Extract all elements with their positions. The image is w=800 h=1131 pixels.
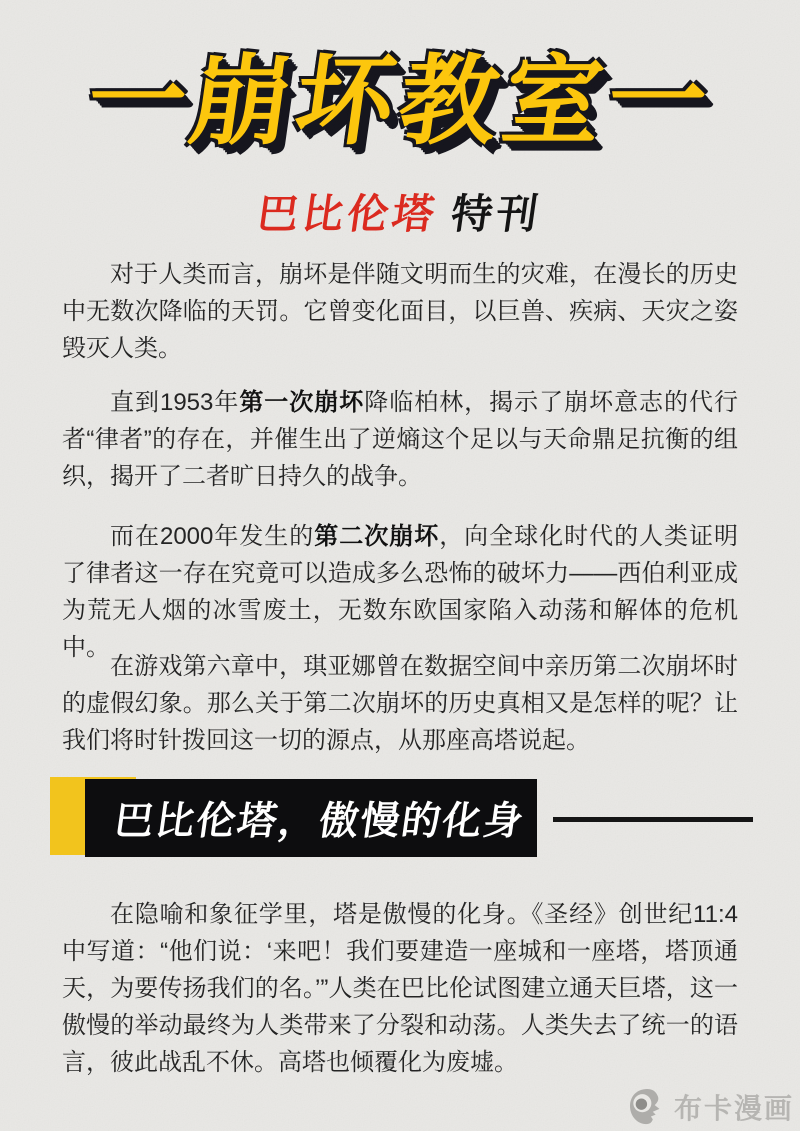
bold-term-second-honkai: 第二次崩坏 — [314, 523, 439, 550]
watermark-label: 布卡漫画 — [674, 1087, 794, 1127]
paragraph-3: 而在2000年发生的第二次崩坏，向全球化时代的人类证明了律者这一存在究竟可以造成… — [62, 518, 738, 666]
section-banner: 巴比伦塔，傲慢的化身 — [0, 777, 800, 861]
page-title: 一崩坏教室一 — [79, 40, 720, 163]
special-issue-poster: 一崩坏教室一 巴比伦塔特刊 对于人类而言，崩坏是伴随文明而生的灾难，在漫长的历史… — [0, 0, 800, 1131]
masthead: 一崩坏教室一 — [0, 40, 800, 163]
paragraph-text: 在隐喻和象征学里，塔是傲慢的化身。《圣经》创世纪11:4中写道：“他们说：‘来吧… — [62, 901, 738, 1076]
paragraph-text: 对于人类而言，崩坏是伴随文明而生的灾难，在漫长的历史中无数次降临的天罚。它曾变化… — [62, 261, 738, 362]
buka-logo-icon — [628, 1088, 670, 1126]
paragraph-1: 对于人类而言，崩坏是伴随文明而生的灾难，在漫长的历史中无数次降临的天罚。它曾变化… — [62, 256, 738, 367]
section-heading-box: 巴比伦塔，傲慢的化身 — [85, 779, 537, 857]
paragraph-text: 在游戏第六章中，琪亚娜曾在数据空间中亲历第二次崩坏时的虚假幻象。那么关于第二次崩… — [62, 653, 738, 754]
paragraph-4: 在游戏第六章中，琪亚娜曾在数据空间中亲历第二次崩坏时的虚假幻象。那么关于第二次崩… — [62, 648, 738, 759]
subtitle-rest: 特刊 — [448, 191, 544, 237]
paragraph-text: 直到1953年 — [110, 389, 239, 416]
bold-term-first-honkai: 第一次崩坏 — [239, 389, 364, 416]
paragraph-2: 直到1953年第一次崩坏降临柏林，揭示了崩坏意志的代行者“律者”的存在，并催生出… — [62, 384, 738, 495]
section-divider-line — [553, 817, 753, 822]
subtitle-highlight: 巴比伦塔 — [254, 191, 440, 237]
section-heading: 巴比伦塔，傲慢的化身 — [111, 790, 529, 846]
watermark: 布卡漫画 — [628, 1087, 794, 1127]
subtitle: 巴比伦塔特刊 — [0, 181, 800, 240]
paragraph-text: 而在2000年发生的 — [110, 523, 314, 550]
paragraph-5: 在隐喻和象征学里，塔是傲慢的化身。《圣经》创世纪11:4中写道：“他们说：‘来吧… — [62, 896, 738, 1081]
